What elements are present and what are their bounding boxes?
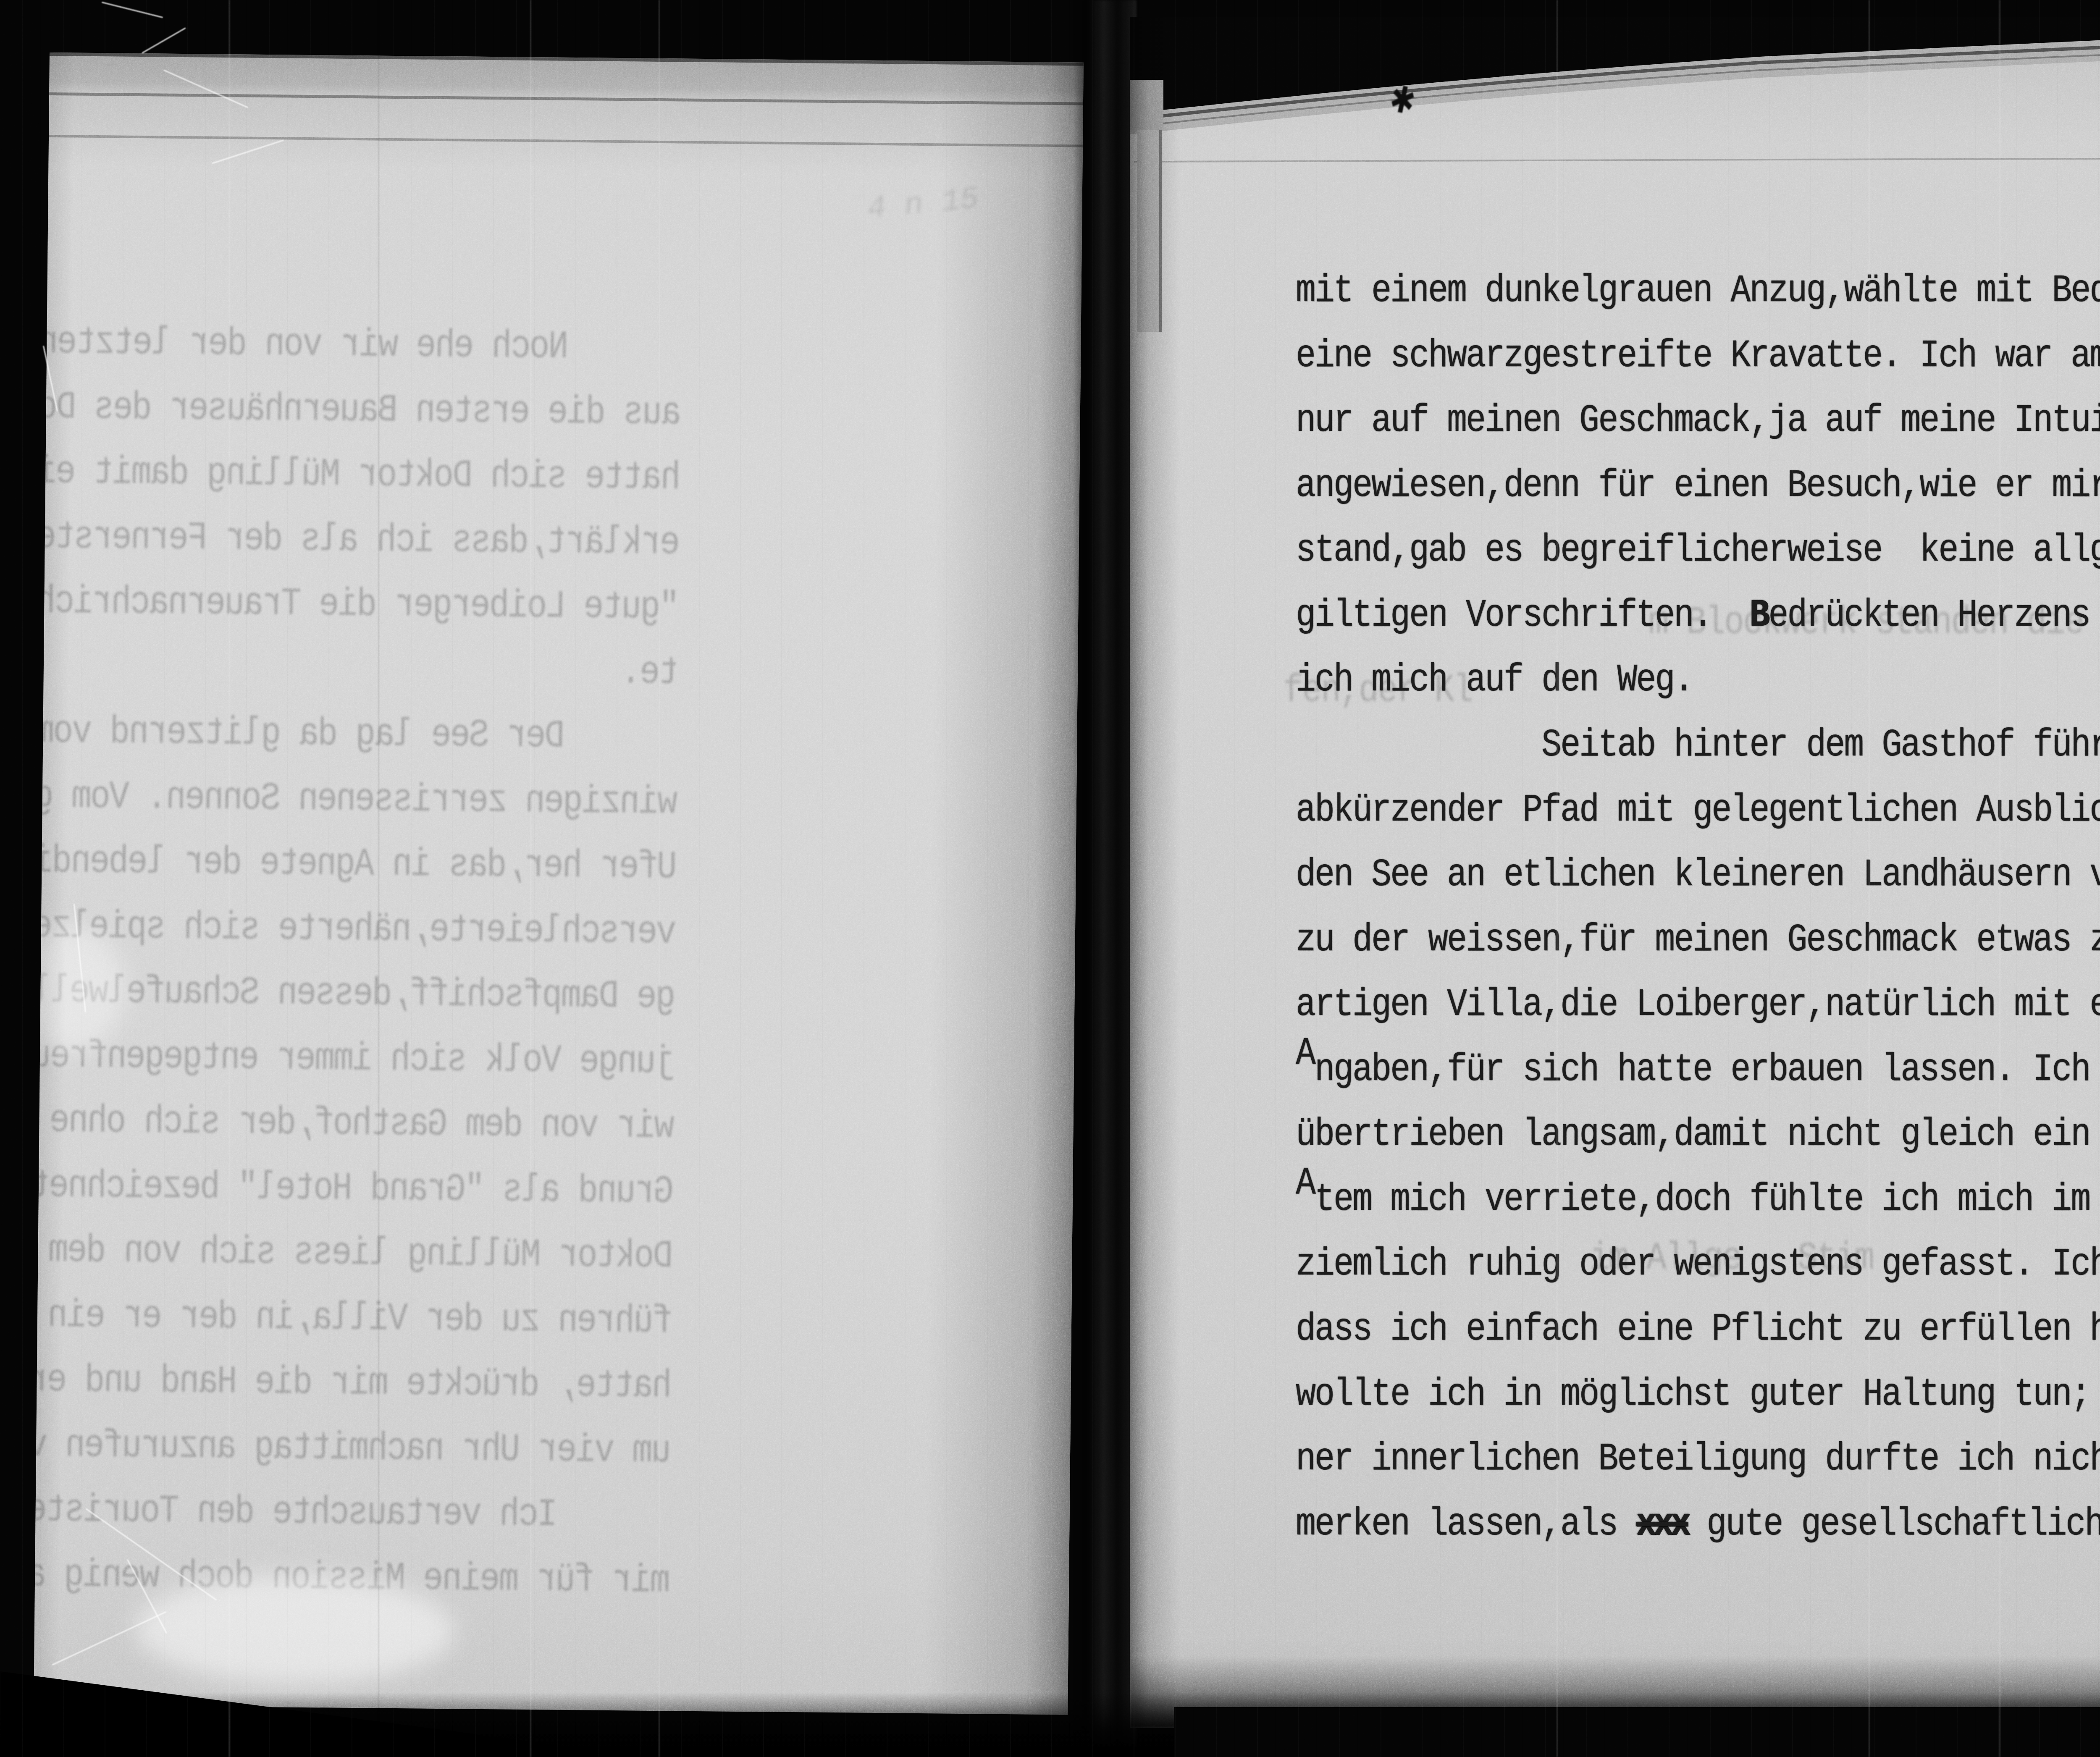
text-segment: ich mich auf den Weg. xyxy=(1296,658,1693,703)
text-segment: erklärt,dass ich als der Fernerstehende … xyxy=(34,514,680,565)
typed-line: Atem mich verriete,doch fühlte ich mich … xyxy=(1296,1181,2100,1219)
text-segment: Ich vertauschte den Touristenanz xyxy=(34,1487,671,1538)
text-segment: Noch ehe wir von der letzten Strassenb xyxy=(34,319,682,371)
typed-line: mit einem dunkelgrauen Anzug,wählte mit … xyxy=(1296,272,2100,311)
text-segment: hatte, drückte mir die Hand und erklärte… xyxy=(34,1357,672,1408)
text-segment: abkürzender Pfad mit gelegentlichen Ausb… xyxy=(1296,789,2100,833)
typed-line: ich mich auf den Weg. xyxy=(1296,661,1693,700)
text-segment: eine schwarzgestreifte Kravatte. Ich war… xyxy=(1296,334,2100,378)
typed-line: merken lassen,als xxx gute gesellschaftl… xyxy=(1296,1505,2100,1544)
text-segment: übertrieben langsam,damit nicht gleich e… xyxy=(1296,1113,2100,1157)
film-streak xyxy=(378,0,379,1757)
typed-line: wollte ich in möglichst guter Haltung tu… xyxy=(1296,1376,2100,1414)
document-scan: Noch ehe wir von der letzten Strassenbau… xyxy=(0,0,2100,1757)
text-segment: A xyxy=(1296,1162,1315,1206)
text-segment: junge Volk sich immer entgegenfreute. Da xyxy=(34,1033,675,1084)
text-segment: B xyxy=(1749,594,1768,638)
typed-line: dass ich einfach eine Pflicht zu erfülle… xyxy=(1296,1311,2100,1349)
text-segment: ngaben,für sich hatte erbauen lassen. Ic… xyxy=(1315,1048,2100,1092)
typed-line: ziemlich ruhig oder wenigstens gefasst. … xyxy=(1296,1246,2100,1284)
text-segment: zu der weissen,für meinen Geschmack etwa… xyxy=(1296,918,2100,962)
mirrored-ghost-line: Der See lag da glitzernd vom t xyxy=(34,712,678,758)
typed-line: Seitab hinter dem Gasthof führte ein xyxy=(1296,726,2100,765)
text-segment: angewiesen,denn für einen Besuch,wie er … xyxy=(1296,464,2100,508)
mirrored-ghost-line: hatte sich Doktor Mülling damit einverst… xyxy=(34,451,681,498)
mirrored-ghost-line: führen zu der Villa,in der er ein Zimmer xyxy=(34,1295,672,1341)
mirrored-ghost-line: hatte, drückte mir die Hand und erklärte… xyxy=(34,1360,672,1406)
typed-line: artigen Villa,die Loiberger,natürlich mi… xyxy=(1296,986,2100,1025)
text-segment: den See an etlichen kleineren Landhäuser… xyxy=(1296,853,2100,897)
mirrored-ghost-line: Grund als "Grand Hotel" bezeichnete; ich xyxy=(34,1166,674,1212)
left-page-ghost-text: Noch ehe wir von der letzten Strassenbau… xyxy=(34,52,1084,1715)
sheet-edge-line xyxy=(50,52,1084,66)
typed-line: übertrieben langsam,damit nicht gleich e… xyxy=(1296,1116,2100,1154)
mirrored-ghost-line: Doktor Mülling liess sich von dem Kutsch xyxy=(34,1230,673,1276)
text-segment: "gute Loiberger die Trauernachricht mitt… xyxy=(34,578,680,630)
text-segment: ziemlich ruhig oder wenigstens gefasst. … xyxy=(1296,1243,2100,1287)
typed-text-block: mit einem dunkelgrauen Anzug,wählte mit … xyxy=(1130,17,2100,1728)
text-segment: mir für meine Mission doch wenig angemes… xyxy=(34,1552,670,1603)
text-segment: A xyxy=(1296,1032,1315,1076)
text-segment: merken lassen,als xyxy=(1296,1503,1636,1547)
text-segment: giltigen Vorschriften. xyxy=(1296,594,1749,638)
pencil-mark: 4 n 15 xyxy=(866,182,980,228)
text-segment: Ufer her,das in Agnete der lebendigkei xyxy=(34,839,677,889)
mirrored-ghost-line: Ich vertauschte den Touristenanz xyxy=(34,1490,671,1536)
mirrored-ghost-line: wir von dem Gasthof,der sich ohne zurei xyxy=(34,1101,675,1147)
gutter-shadow xyxy=(1074,0,1137,1757)
mirrored-ghost-line: um vier Uhr nachmittag anzurufen volle. xyxy=(34,1426,671,1471)
text-segment: winzigen zerrissenen Sonnen. Vom gegenüb xyxy=(34,774,677,825)
text-segment: ner innerlichen Beteiligung durfte ich n… xyxy=(1296,1437,2100,1482)
mirrored-ghost-line: verschleierte,näherte sich spielzeuga xyxy=(34,907,676,952)
text-segment: edrückten Herzens machte xyxy=(1768,594,2100,638)
typed-line: Angaben,für sich hatte erbauen lassen. I… xyxy=(1296,1051,2100,1090)
text-segment: gute gesellschaftliche Form xyxy=(1688,1503,2100,1547)
typed-line: zu der weissen,für meinen Geschmack etwa… xyxy=(1296,921,2100,960)
text-segment: Grund als "Grand Hotel" bezeichnete; ich xyxy=(34,1163,674,1214)
mirrored-ghost-line: winzigen zerrissenen Sonnen. Vom gegenüb xyxy=(34,776,677,822)
film-streak xyxy=(659,0,660,1757)
film-streak xyxy=(229,0,230,1757)
typed-line: angewiesen,denn für einen Besuch,wie er … xyxy=(1296,467,2100,506)
mirrored-ghost-line: erklärt,dass ich als der Fernerstehende … xyxy=(34,517,680,563)
typed-line: eine schwarzgestreifte Kravatte. Ich war… xyxy=(1296,337,2100,376)
paper-smudge xyxy=(135,1573,455,1686)
sheet-edge-line xyxy=(49,135,1083,147)
text-segment: aus die ersten Bauernhäuser des Dorfs au… xyxy=(34,384,681,435)
mirrored-ghost-line: Noch ehe wir von der letzten Strassenb xyxy=(34,321,682,368)
typed-line: ner innerlichen Beteiligung durfte ich n… xyxy=(1296,1440,2100,1479)
film-streak xyxy=(530,0,531,1757)
text-segment: verschleierte,näherte sich spielzeuga xyxy=(34,904,676,955)
struck-out-word: xxx xyxy=(1636,1503,1688,1547)
typed-line: den See an etlichen kleineren Landhäuser… xyxy=(1296,856,2100,895)
text-segment: stand,gab es begreiflicherweise keine al… xyxy=(1296,529,2100,573)
bottom-shadow-band xyxy=(0,1692,2100,1757)
typed-line: giltigen Vorschriften. Bedrückten Herzen… xyxy=(1296,597,2100,635)
scratch-mark xyxy=(142,27,186,54)
text-segment: te. xyxy=(622,650,679,695)
typed-line: abkürzender Pfad mit gelegentlichen Ausb… xyxy=(1296,792,2100,830)
left-page: Noch ehe wir von der letzten Strassenbau… xyxy=(34,52,1084,1715)
paper-smudge xyxy=(34,926,125,1052)
text-segment: wir von dem Gasthof,der sich ohne zurei xyxy=(34,1098,675,1149)
text-segment: wollte ich in möglichst guter Haltung tu… xyxy=(1296,1373,2100,1417)
text-segment: ge Dampfschiff,dessen Schaufelwellen das xyxy=(34,968,676,1019)
text-segment: Seitab hinter dem Gasthof führte ein xyxy=(1296,724,2100,768)
right-page: ✱ 20 21 mit einem dunkelgrauen Anzug,wäh… xyxy=(1130,17,2100,1728)
scratch-mark xyxy=(102,2,163,18)
film-streak xyxy=(1999,0,2000,1757)
text-segment: führen zu der Villa,in der er ein Zimmer xyxy=(34,1293,672,1344)
mirrored-ghost-line: Ufer her,das in Agnete der lebendigkei xyxy=(34,842,677,887)
text-segment: tem mich verriete,doch fühlte ich mich i… xyxy=(1315,1178,2100,1222)
text-segment: Der See lag da glitzernd vom t xyxy=(34,709,678,760)
text-segment: Doktor Mülling liess sich von dem Kutsch xyxy=(34,1227,673,1279)
mirrored-ghost-line: ge Dampfschiff,dessen Schaufelwellen das xyxy=(34,971,676,1017)
sheet-edge-line xyxy=(49,92,1083,105)
typed-line: stand,gab es begreiflicherweise keine al… xyxy=(1296,532,2100,570)
text-segment: um vier Uhr nachmittag anzurufen volle. xyxy=(34,1423,671,1474)
mirrored-ghost-line: aus die ersten Bauernhäuser des Dorfs au… xyxy=(34,387,681,433)
text-segment: hatte sich Doktor Mülling damit einverst… xyxy=(34,448,681,500)
film-streak xyxy=(1869,0,1870,1757)
mirrored-ghost-line: junge Volk sich immer entgegenfreute. Da xyxy=(34,1036,675,1082)
text-segment: mit einem dunkelgrauen Anzug,wählte mit … xyxy=(1296,269,2100,313)
text-segment: artigen Villa,die Loiberger,natürlich mi… xyxy=(1296,983,2100,1027)
mirrored-ghost-line: "gute Loiberger die Trauernachricht mitt… xyxy=(34,581,680,627)
film-streak xyxy=(1557,0,1558,1757)
typed-line: nur auf meinen Geschmack,ja auf meine In… xyxy=(1296,402,2100,441)
text-segment: dass ich einfach eine Pflicht zu erfülle… xyxy=(1296,1308,2100,1352)
text-segment: nur auf meinen Geschmack,ja auf meine In… xyxy=(1296,399,2100,443)
mirrored-ghost-line: te. xyxy=(622,653,679,692)
